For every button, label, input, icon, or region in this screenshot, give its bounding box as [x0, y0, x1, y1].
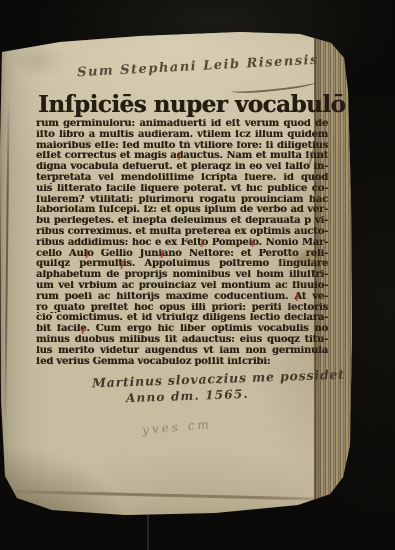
text-line: ribus addidimus: hoc ē ex Feſto Pompeio.… [36, 238, 328, 249]
handwritten-owner-name: Martinus slovaczius me possidet [92, 367, 345, 391]
text-line: alphabetum de proprijs nominibus vel hoī… [36, 270, 328, 281]
text-line: ſed verius Gemma vocabuloz poſſit inſcri… [36, 357, 328, 368]
text-line: laborioſam ſuſcepi. ſz: et opus ipſum de… [36, 205, 328, 216]
text-line: rum poeſi ac hiſtorijs maxime cōducentiu… [36, 292, 328, 303]
text-line: eſſet correctus et magis adauctus. Nam e… [36, 151, 328, 162]
paper-crack [4, 95, 9, 417]
text-line: iſto libro a multis audieram. vtilem ſcz… [36, 130, 328, 141]
handwritten-ownership-inscription-top: Sum Stephani Leib Risensis [70, 52, 326, 80]
handwritten-owner-date: Anno dm. 1565. [126, 387, 249, 405]
text-line: bit facile. Cum ergo hic liber optimis v… [36, 324, 328, 335]
text-line: minus duobus milibus ſit adauctus: eius … [36, 335, 328, 346]
photo-of-incunabulum-page: { "scene": { "background_color": "#0b0a0… [0, 0, 395, 550]
page-bottom-crease [16, 490, 332, 501]
text-line: quiſqz permultis. Appoſuimus poſtremo ſi… [36, 259, 328, 270]
text-line: uis litterato facile liquere poterat. vt… [36, 184, 328, 195]
text-line: um vel vrbium ac prouinciaz vel montium … [36, 281, 328, 292]
text-line: ribus correximus. et multa preterea ex o… [36, 227, 328, 238]
text-line: lus merito videtur augendus vt iam non g… [36, 346, 328, 357]
text-line: bū perlegētes. et inepta deleuimus et de… [36, 216, 328, 227]
printed-title: Inſpiciēs nuper vocabulō [38, 92, 332, 117]
text-line: digna vocabula defuerūt. et pleraqz in e… [36, 162, 328, 173]
text-line: maioribus eſſe: ſed multo tñ vtiliorē fo… [36, 141, 328, 152]
text-line: ro quāto preſtet hoc opus illi priori: p… [36, 303, 328, 314]
text-line: ſulerem? vtilitati: plurimorū rogatu pro… [36, 195, 328, 206]
pencil-note: yves cm [142, 417, 213, 437]
text-line: terpretata vel mendoſiſſime ſcripta fuer… [36, 173, 328, 184]
text-line: cio cōmictimus. et id vtriuſqz diligens … [36, 313, 328, 324]
text-line: cello Aulo Gellio Juniano Neſtore: et Pe… [36, 249, 328, 260]
text-line: rum germinulorū: animaduerti id eſt veru… [36, 119, 328, 130]
book-page: Sum Stephani Leib Risensis Inſpiciēs nup… [0, 0, 395, 550]
background-line-artifact [147, 514, 149, 550]
printed-body-text: rum germinulorū: animaduerti id eſt veru… [36, 119, 328, 367]
